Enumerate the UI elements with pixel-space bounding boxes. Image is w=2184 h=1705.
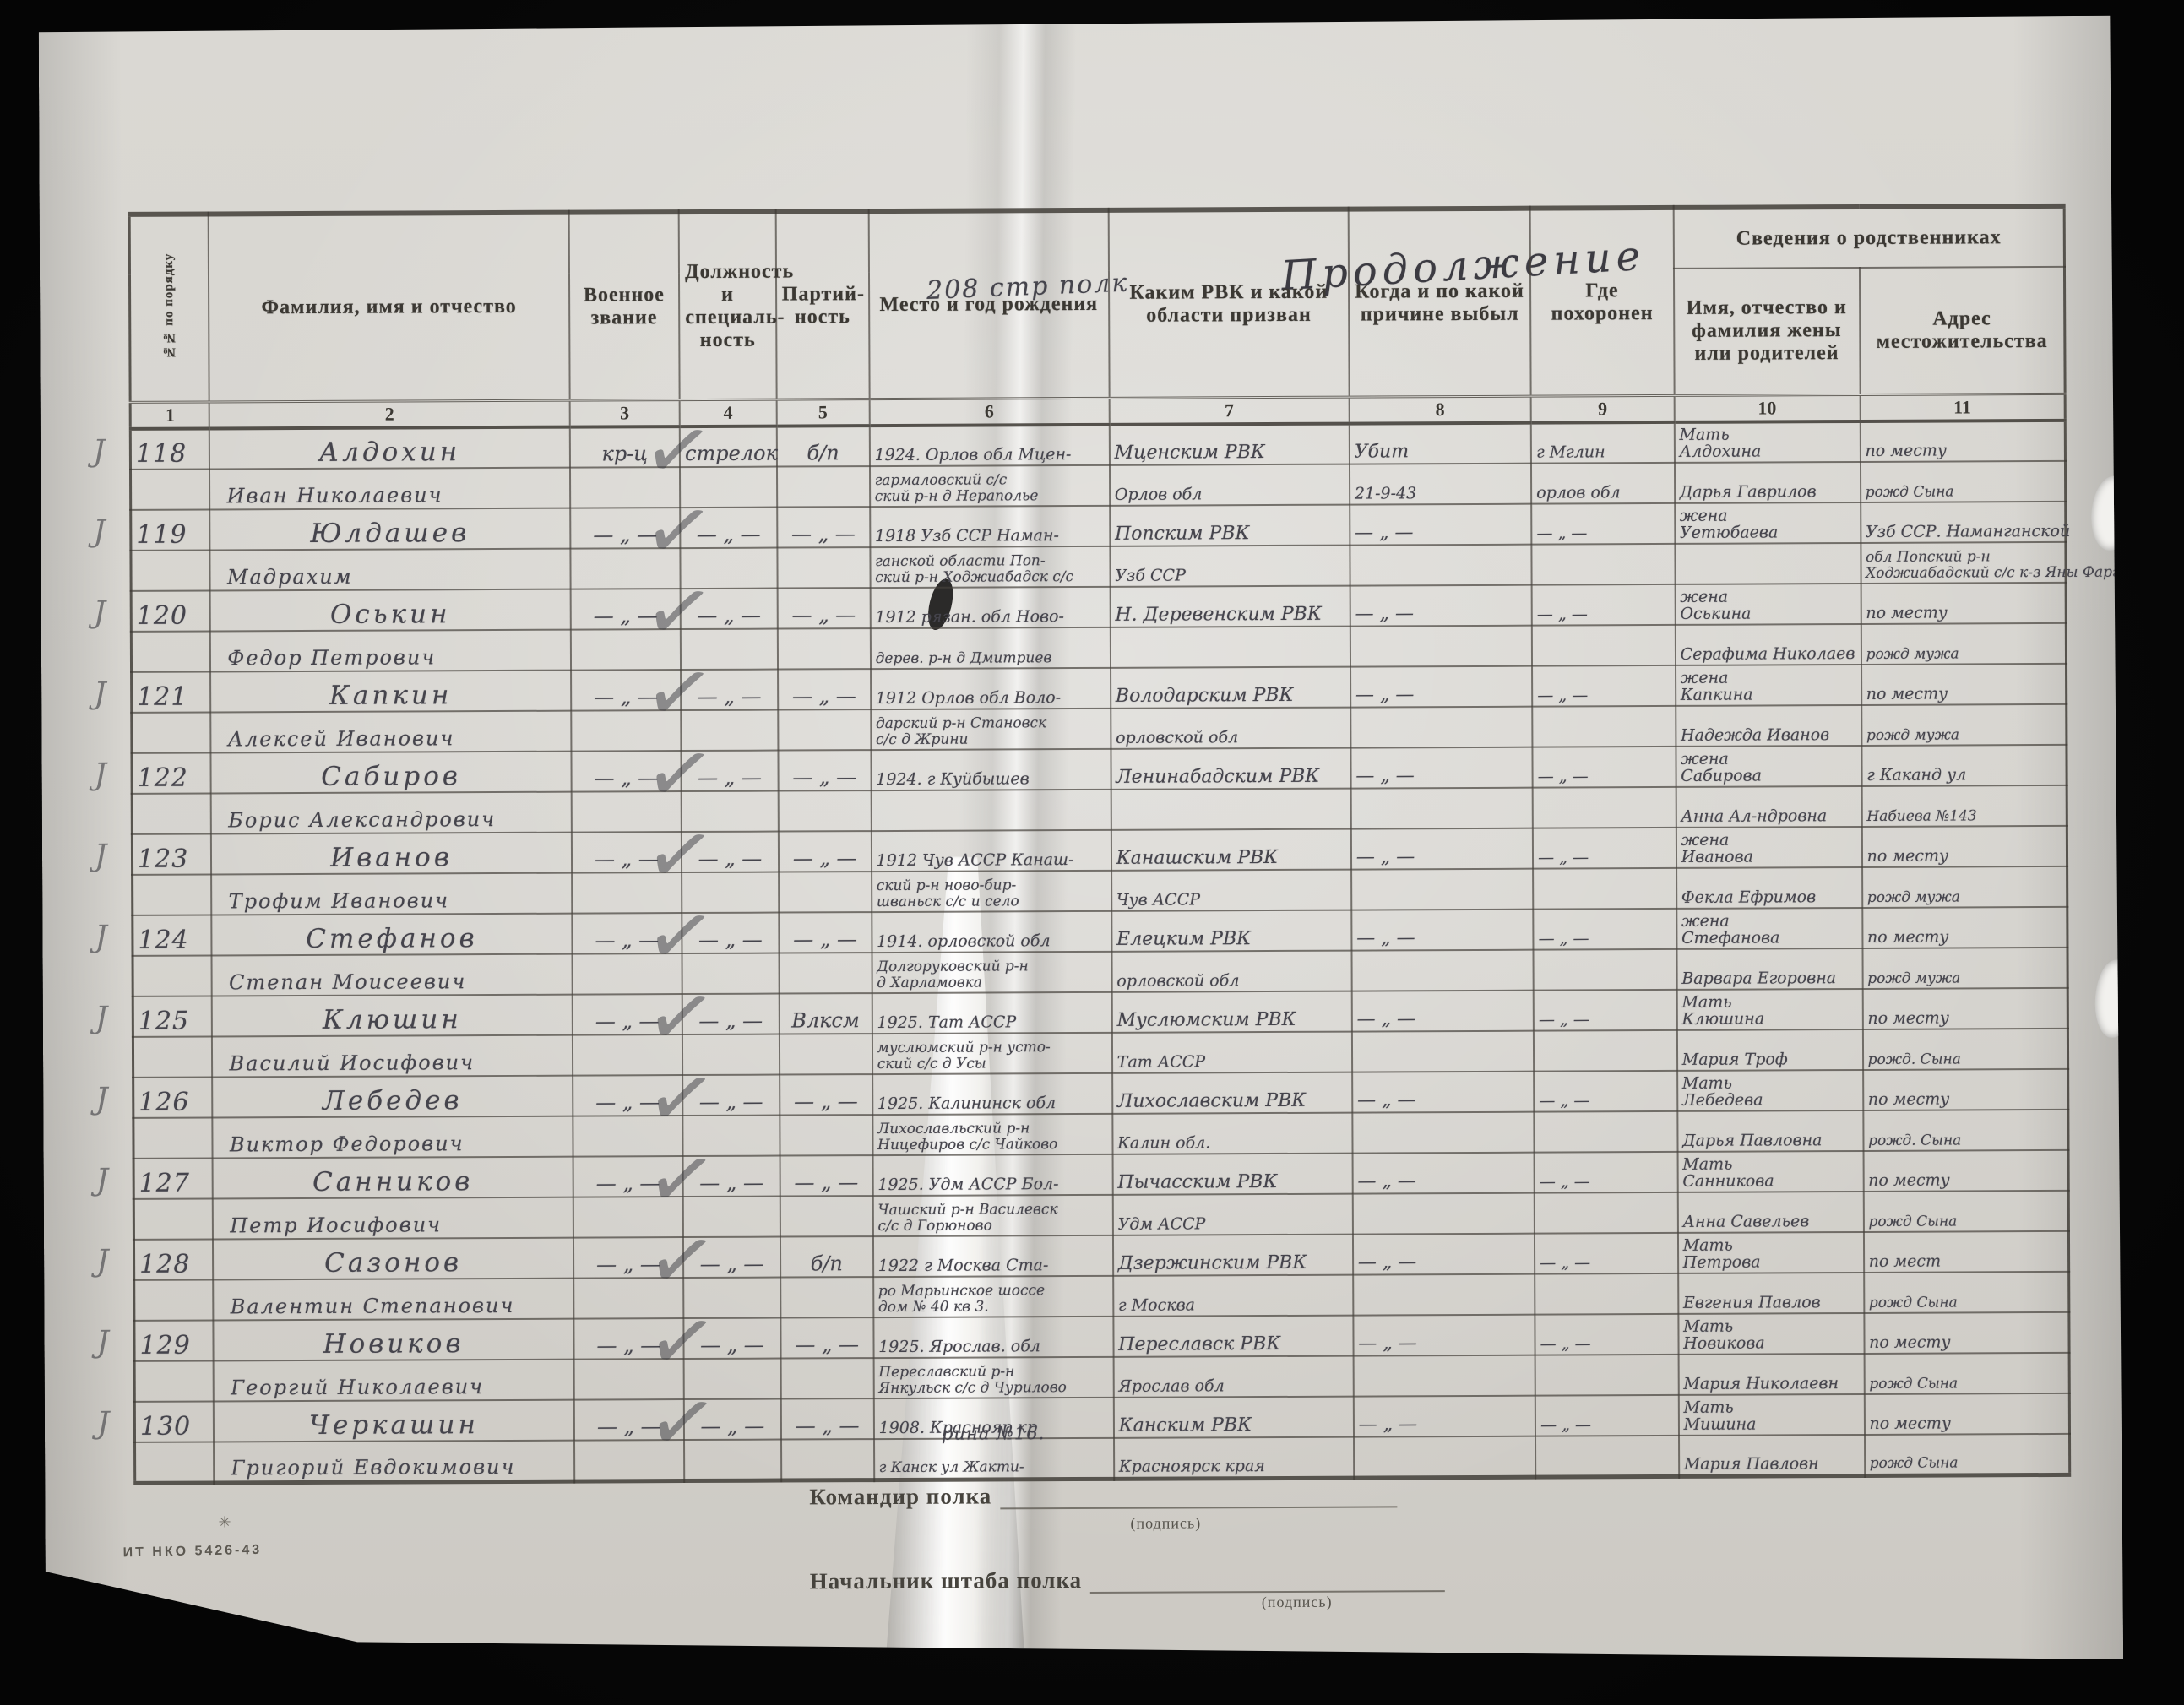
surname: Санников [218,1167,568,1197]
address-line: Ходжиабадский с/с к-з Яны Фаргана [1866,565,2061,582]
rvk-line: Калин обл. [1117,1134,1347,1153]
birthplace-cell: 1924. г Куйбышев [871,749,1111,790]
rvk-cell: Ленинабадским РВК [1111,748,1350,790]
col-header-rank: Военное звание [568,212,680,400]
party-cell: — „ — [778,750,871,790]
casualty-list-table: №№ по порядку Фамилия, имя и отчество Во… [128,204,2072,1485]
relative-cell: Мать Петрова [1678,1232,1864,1273]
entry-number: 125 [139,1007,208,1035]
patronymic-cell: Трофим Иванович [212,873,572,915]
address-line: по месту [1868,1171,2063,1190]
col-header-position: Должность и специаль-ность [679,212,777,399]
address-line: рожд мужа [1866,646,2062,663]
relative-cell: Мать Санникова [1677,1151,1863,1192]
party-cell: — „ — [779,912,872,953]
buried-cell: — „ — [1534,990,1677,1031]
surname: Стефанов [217,924,567,953]
lost-line: — „ — [1356,847,1528,868]
surname: Черкашин [219,1410,568,1440]
rvk-line: Мценским РВК [1115,443,1345,464]
given-name-patronymic: Виктор Федорович [218,1133,568,1157]
entry-number-cell-empty [133,1036,212,1077]
margin-tick-icon: J [96,1244,109,1279]
position-cell: ✓ — „ — [680,508,777,548]
col-header-birth: Место и год рождения [868,210,1109,399]
entry-number: 127 [139,1170,209,1197]
patronymic-cell: Иван Николаевич [209,468,569,510]
position-cell: ✓ — „ — [681,670,778,710]
entry-number: 118 [136,440,205,468]
relative-kind: Мать [1683,1236,1859,1254]
relative-name: Мария Троф [1682,1051,1858,1068]
relative-cell: жена Оськина [1675,584,1861,625]
patronymic-cell: Виктор Федорович [213,1116,573,1159]
party-status: — „ — [786,1415,869,1437]
birthplace-line: Ницефиров с/с Чайково [877,1137,1107,1154]
margin-tick-icon: J [96,1325,109,1360]
relative-surname: Уетюбаева [1680,524,1855,541]
entry-number-cell-empty [131,631,210,671]
rvk-cell-cont: орловской обл [1111,708,1350,749]
relative-cell: жена Капкина [1676,665,1861,706]
address-cell-cont: рожд Сына [1863,1191,2068,1232]
entry-number-cell-empty [133,874,212,915]
surname-cell: Алдохин [209,427,569,470]
surname-cell: Стефанов [212,914,572,956]
entry-number-cell: J 127 [133,1158,213,1198]
margin-tick-icon: J [97,1406,110,1441]
surname: Новиков [219,1329,568,1359]
rank: — „ — [576,687,676,709]
birthplace-cell-cont: дарский р-н Становск с/с д Жрини [871,709,1111,750]
rvk-line: Тат АССР [1117,1053,1347,1072]
margin-tick-icon: J [95,839,107,873]
birthplace-line: Долгоруковский р-н [877,958,1106,975]
rvk-cell-cont: Узб ССР [1110,546,1350,587]
relative-cell-cont: Дарья Гаврилов [1675,462,1861,503]
relative-name: Варвара Егоровна [1681,969,1857,987]
buried-cell-cont [1533,787,1676,828]
address-line: по мест [1869,1252,2064,1271]
relative-surname: Капкина [1681,686,1856,703]
buried-cell: — „ — [1533,909,1676,950]
buried-cell: — „ — [1532,665,1676,707]
rvk-line: Н. Деревенским РВК [1115,605,1345,626]
entry-number: 123 [138,845,207,873]
relative-cell-cont: Анна Ал-ндровна [1676,786,1861,828]
rank: — „ — [578,1092,678,1114]
relative-cell: Мать Клюшина [1676,989,1862,1030]
position: — „ — [686,605,773,627]
birthplace-cell-cont: Переславский р-н Янкульск с/с д Чурилово [873,1357,1113,1398]
party-status: — „ — [785,1334,868,1356]
patronymic-cell: Федор Петрович [210,630,570,672]
address-cell-cont: рожд мужа [1862,948,2067,989]
surname-cell: Клюшин [212,995,572,1037]
rvk-line: Попским РВК [1115,524,1345,545]
lost-cell-cont [1350,545,1532,586]
lost-line: — „ — [1359,1414,1530,1436]
birthplace-cell: 1914. орловской обл [872,911,1111,953]
entry-number-cell: J 126 [133,1077,213,1117]
relative-kind: Мать [1683,1317,1859,1335]
rvk-cell: Н. Деревенским РВК [1110,586,1350,627]
relative-kind: жена [1681,669,1856,687]
rank-cell: — „ — [573,1156,683,1197]
birthplace-line: 1925. Удм АССР Бол- [877,1176,1107,1194]
col-header-relative-address: Адрес местожительства [1860,267,2066,394]
relative-cell: жена Уетюбаева [1675,502,1861,544]
rank: — „ — [577,849,677,871]
relative-name: Анна Ал-ндровна [1681,807,1856,825]
lost-cell-cont [1350,788,1533,829]
birthplace-cell: 1912 Орлов обл Воло- [871,668,1111,709]
birthplace-line: Янкульск с/с д Чурилово [878,1380,1108,1397]
entry-number-cell: J 125 [133,996,212,1036]
patronymic-cell: Борис Александрович [211,792,571,834]
relative-cell-cont [1675,543,1861,584]
patronymic-cell: Петр Иосифович [213,1197,573,1240]
lost-line: — „ — [1358,1333,1529,1355]
commander-signature-line: Командир полка [809,1481,1397,1510]
lost-cell: — „ — [1353,1315,1535,1356]
rank-cell: — „ — [573,1318,684,1360]
lost-cell-cont [1352,1112,1535,1154]
lost-cell: — „ — [1351,828,1534,870]
chief-sign-hint: (подпись) [1262,1594,1333,1611]
birthplace-line: ский р-н ново-бир- [877,877,1106,894]
party-status: б/п [785,1253,868,1275]
surname: Алдохин [215,437,564,467]
relative-name: Дарья Павловна [1682,1132,1858,1149]
birthplace-cell-cont: муслюмский р-н усто- ский с/с д Усы [872,1033,1112,1074]
relative-cell-cont: Надежда Иванов [1676,705,1861,747]
buried-cell: — „ — [1535,1152,1678,1193]
buried-cell-cont [1534,1030,1677,1072]
relative-kind: Мать [1682,1155,1858,1173]
relative-cell-cont: Фекла Ефримов [1676,867,1862,909]
rvk-cell: Переславск РВК [1113,1316,1353,1357]
rvk-cell: Лихославским РВК [1112,1072,1352,1114]
relative-surname: Клюшина [1681,1010,1857,1028]
position-cell: ✓ — „ — [682,832,779,872]
relative-name: Серафима Николаев [1681,645,1856,663]
rvk-cell: Володарским РВК [1111,667,1350,709]
birthplace-line: г Канск ул Жакти- [879,1459,1109,1476]
relative-cell-cont: Мария Николаевн [1678,1354,1864,1395]
lost-cell: — „ — [1351,910,1534,951]
birthplace-cell-cont: дерев. р-н д Дмитриев [870,627,1110,669]
surname-cell: Новиков [214,1319,573,1361]
birthplace-line: 1925. Ярослав. обл [878,1338,1108,1356]
registry-mark: ✳ [218,1513,231,1531]
given-name-patronymic: Степан Моисеевич [217,971,567,995]
party-status: — „ — [782,524,865,546]
margin-tick-icon: J [96,1163,109,1197]
entry-number-cell: J 121 [132,671,211,712]
party-cell: — „ — [780,1074,872,1115]
col-header-name: Фамилия, имя и отчество [209,213,569,402]
relative-name: Дарья Гаврилов [1680,483,1855,501]
given-name-patronymic: Петр Иосифович [218,1214,568,1238]
rvk-cell-cont: орловской обл [1111,951,1351,992]
relative-name: Анна Савельев [1683,1213,1859,1230]
birthplace-cell-cont: Долгоруковский р-н д Харламовка [872,952,1111,993]
birthplace-cell: 1925. Тат АССР [872,992,1111,1034]
party-status: — „ — [782,605,865,627]
party-cell: б/п [780,1236,873,1277]
given-name-patronymic: Трофим Иванович [217,890,567,914]
buried-line: — „ — [1539,1011,1672,1029]
surname: Лебедев [218,1086,568,1116]
entry-number-cell: J 124 [133,915,212,955]
position: — „ — [687,1011,774,1033]
party-status: Влксм [784,1010,867,1032]
margin-tick-icon: J [95,1001,108,1035]
address-line: по месту [1867,847,2062,866]
position: — „ — [686,687,773,709]
position: стрелок [685,443,772,465]
surname-cell: Иванов [211,833,571,875]
entry-number-cell: J 120 [131,590,210,631]
birthplace-line: 1925. Калининск обл [877,1094,1107,1113]
party-cell: — „ — [780,1398,873,1439]
party-cell: — „ — [780,1155,872,1196]
rvk-cell: Пычасским РВК [1112,1154,1352,1195]
rvk-line: Дзержинским РВК [1118,1253,1348,1274]
party-cell: Влксм [779,993,872,1034]
rank: — „ — [579,1335,679,1357]
address-cell-cont: рожд мужа [1862,866,2067,908]
birthplace-line: с/с д Горюново [877,1218,1107,1235]
rank-cell: — „ — [572,913,682,954]
buried-cell: — „ — [1535,1314,1679,1355]
rvk-line: Удм АССР [1118,1215,1348,1234]
relative-surname: Сабирова [1681,767,1856,785]
lost-line: — „ — [1355,523,1526,544]
address-cell-cont: Набиева №143 [1861,785,2067,827]
address-line: рожд мужа [1867,970,2062,987]
birthplace-cell-cont: Лихославльский р-н Ницефиров с/с Чайково [872,1114,1112,1155]
address-cell: по месту [1862,907,2067,948]
party-cell: — „ — [779,831,872,872]
address-line: по месту [1866,685,2062,703]
address-line: Узб ССР. Наманганской [1866,523,2061,541]
relative-name: Мария Павловн [1684,1455,1860,1473]
relative-cell-cont: Варвара Егоровна [1676,948,1862,990]
rank-cell: — „ — [573,1399,684,1441]
position-cell: ✓ — „ — [682,994,780,1034]
buried-cell-cont [1534,949,1677,991]
address-line: по месту [1865,442,2060,460]
rank: — „ — [579,1254,679,1276]
entry-number-cell: J 129 [134,1320,214,1360]
birthplace-cell: 1922 г Москва Ста- [873,1235,1113,1277]
entry-number: 121 [137,683,206,711]
buried-line: — „ — [1539,930,1672,948]
position-cell: ✓ стрелок [680,426,777,467]
relative-surname: Лебедева [1682,1091,1858,1109]
buried-line: орлов обл [1536,484,1670,502]
entry-number: 120 [137,602,206,630]
birthplace-line: 1922 г Москва Ста- [878,1257,1108,1275]
buried-cell-cont [1535,1192,1678,1234]
rank-cell: — „ — [573,1237,684,1279]
birthplace-cell-cont: гармаловский с/с ский р-н д Нераполье [870,465,1110,507]
address-line: рожд мужа [1867,889,2062,906]
entry-number-cell-empty [133,955,212,996]
relative-cell: жена Стефанова [1676,908,1862,949]
lost-line: — „ — [1357,1171,1529,1192]
birthplace-cell-cont [871,790,1111,831]
lost-cell-cont: 21-9-43 [1350,464,1532,505]
relative-surname: Санникова [1682,1172,1858,1190]
address-line: Набиева №143 [1866,808,2062,825]
given-name-patronymic: Борис Александрович [216,809,566,833]
rank-cell: кр-ц [569,426,680,468]
relative-kind: жена [1680,588,1855,605]
birthplace-line: д Харламовка [877,975,1106,991]
birthplace-line: 1912 Орлов обл Воло- [876,689,1106,708]
entry-number-cell: J 123 [132,833,211,874]
rank: кр-ц [574,443,675,465]
lost-cell-cont [1354,1436,1536,1478]
address-line: рожд Сына [1866,484,2061,501]
rvk-line: Переславск РВК [1118,1334,1348,1355]
commander-label: Командир полка [809,1483,991,1509]
relative-surname: Мишина [1684,1415,1860,1433]
rvk-cell-cont: Тат АССР [1112,1032,1352,1073]
buried-cell-cont [1534,1111,1677,1153]
address-cell-cont: рожд Сына [1861,461,2066,502]
address-cell: по месту [1864,1312,2069,1354]
relative-kind: Мать [1681,993,1857,1011]
rvk-cell-cont: Чув АССР [1111,870,1351,911]
rvk-cell: Канским РВК [1114,1397,1354,1438]
given-name-patronymic: Мадрахим [215,566,565,589]
surname-cell: Юлдашев [210,508,570,551]
position: — „ — [685,524,772,546]
position: — „ — [689,1416,776,1438]
lost-cell: — „ — [1352,1153,1535,1194]
rank-cell: — „ — [570,589,681,630]
rvk-cell-cont: Калин обл. [1112,1113,1352,1154]
rank: — „ — [579,1416,679,1438]
buried-cell: — „ — [1533,747,1676,788]
relative-kind: жена [1681,831,1857,849]
position: — „ — [687,1092,774,1114]
party-status: — „ — [783,686,866,708]
entry-number: 119 [136,521,205,549]
address-cell-cont: рожд мужа [1861,623,2066,665]
rvk-cell-cont: г Москва [1113,1275,1353,1317]
entry-number-cell: J 130 [134,1401,214,1442]
rvk-cell-cont: Ярослав обл [1113,1356,1353,1398]
entry-number: 130 [140,1413,209,1441]
relative-surname: Оськина [1680,605,1855,622]
entry-number-cell-empty [131,550,210,590]
buried-line: — „ — [1537,687,1671,704]
entry-number-cell-empty [134,1279,214,1320]
buried-cell-cont [1533,868,1676,910]
buried-cell: — „ — [1534,1071,1677,1112]
surname-cell: Сабиров [211,752,571,794]
address-cell-cont: рожд Сына [1864,1272,2069,1313]
birthplace-line: ро Марьинское шоссе [878,1283,1108,1300]
position: — „ — [687,768,774,790]
address-overflow-note: рина №16. [942,1424,1045,1443]
birthplace-cell: 1912 рязан. обл Ново- [870,587,1110,628]
rvk-cell: Дзержинским РВК [1113,1235,1353,1276]
relative-cell: жена Иванова [1676,827,1862,868]
birthplace-line: гармаловский с/с [875,472,1105,489]
relative-name: Фекла Ефримов [1681,888,1857,906]
margin-tick-icon: J [95,1082,108,1116]
lost-cell-cont [1351,869,1534,910]
relative-surname: Петрова [1683,1253,1859,1271]
address-line: по месту [1868,1090,2063,1109]
lost-line: Убит [1355,442,1526,463]
buried-line: — „ — [1536,524,1670,542]
address-line: рожд. Сына [1868,1051,2063,1068]
col-header-rvk: Каким РВК и какой области призван [1108,209,1349,398]
address-cell: по месту [1863,1150,2068,1192]
surname: Юлдашев [215,519,565,548]
birthplace-line: муслюмский р-н усто- [877,1040,1107,1056]
buried-line: — „ — [1537,605,1671,623]
birthplace-cell: 1918 Узб ССР Наман- [870,506,1110,547]
birthplace-cell-cont: Чашский р-н Василевск с/с д Горюново [872,1195,1112,1236]
birthplace-cell-cont: ганской области Поп- ский р-н Ходжиабадс… [870,546,1110,588]
rvk-line: Ленинабадским РВК [1116,767,1345,788]
rvk-line: орловской обл [1116,729,1345,747]
buried-cell: — „ — [1533,828,1676,869]
relative-cell: Мать Мишина [1678,1394,1864,1436]
surname-cell: Оськин [210,589,570,632]
given-name-patronymic: Георгий Николаевич [219,1376,568,1400]
surname-cell: Сазонов [213,1238,573,1280]
birthplace-line: 1918 Узб ССР Наман- [875,527,1105,546]
birthplace-cell-cont: г Канск ул Жакти- [874,1438,1114,1480]
address-line: рожд Сына [1870,1455,2065,1472]
rvk-line: Красноярск края [1119,1458,1349,1476]
position-cell: ✓ — „ — [682,1075,780,1116]
relative-cell: жена Сабирова [1676,746,1861,787]
relative-cell-cont: Евгения Павлов [1678,1273,1864,1314]
party-status: — „ — [783,767,866,789]
surname: Сабиров [216,762,566,791]
relative-kind: Мать [1679,426,1855,443]
address-cell: по месту [1864,1393,2069,1435]
lost-line: — „ — [1357,1009,1529,1030]
buried-cell: — „ — [1535,1395,1679,1436]
address-cell: по месту [1863,1069,2068,1110]
buried-cell-cont [1535,1355,1679,1396]
position: — „ — [688,1173,775,1195]
surname-cell: Лебедев [213,1076,573,1118]
position-cell: ✓ — „ — [684,1399,781,1440]
buried-cell-cont [1535,1436,1679,1477]
party-cell: б/п [776,426,869,466]
entry-number-cell-empty [133,1117,213,1158]
lost-line: — „ — [1355,604,1526,625]
lost-cell-cont [1352,1031,1535,1072]
col-header-relative-name: Имя, отчество и фамилия жены или родител… [1674,268,1861,395]
lost-cell: — „ — [1350,585,1532,627]
given-name-patronymic: Валентин Степанович [219,1295,568,1319]
patronymic-cell: Степан Моисеевич [212,954,572,996]
lost-cell-cont [1350,626,1533,667]
